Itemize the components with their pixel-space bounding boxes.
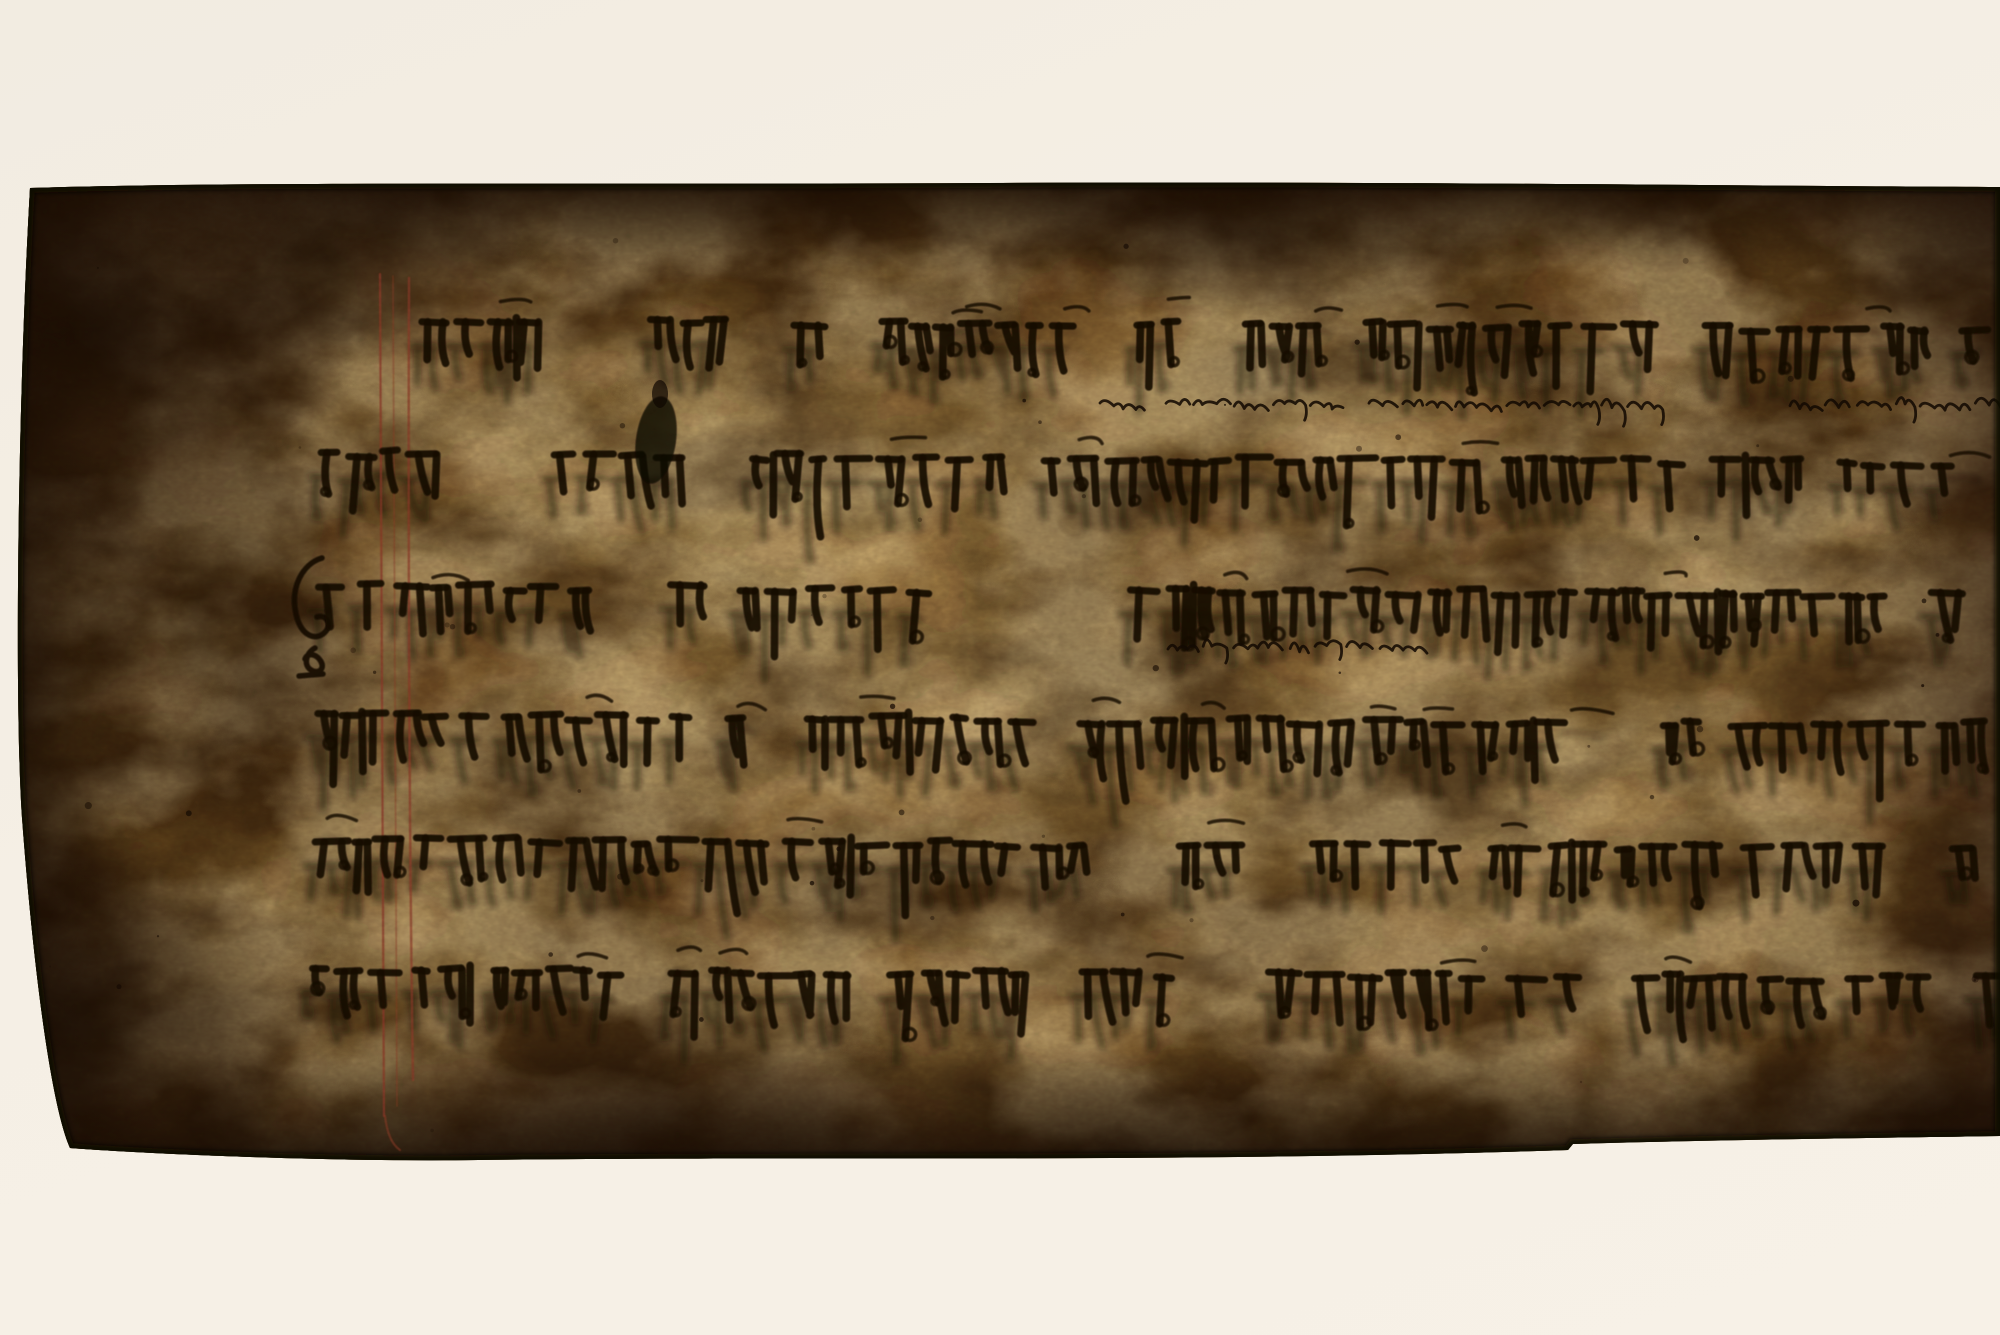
photo-background bbox=[0, 0, 2000, 1335]
manuscript-page bbox=[8, 178, 2000, 1166]
paper-grain bbox=[8, 178, 2000, 1166]
